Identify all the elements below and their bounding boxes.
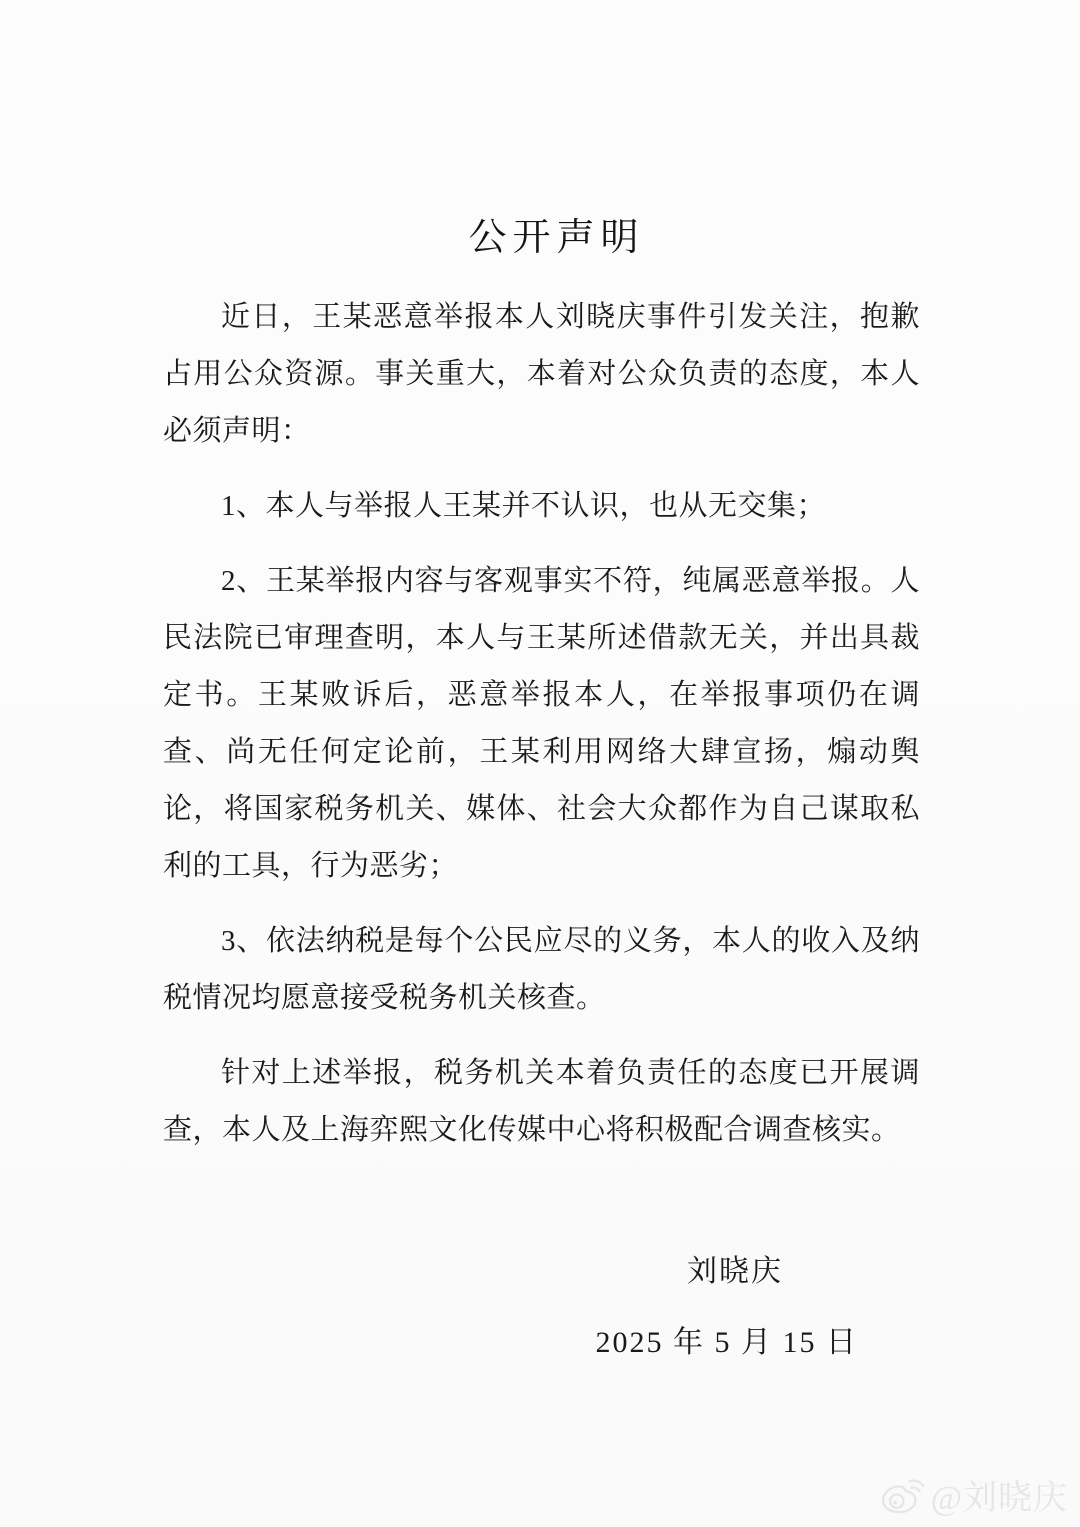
paragraph-point-2: 2、王某举报内容与客观事实不符，纯属恶意举报。人民法院已审理查明，本人与王某所述…	[163, 553, 920, 895]
signature-block: 刘晓庆 2025 年 5 月 15 日	[163, 1243, 920, 1371]
weibo-icon	[879, 1475, 925, 1515]
document-page: 公开声明 近日，王某恶意举报本人刘晓庆事件引发关注，抱歉占用公众资源。事关重大，…	[0, 0, 1080, 1527]
paragraph-point-1: 1、本人与举报人王某并不认识，也从无交集；	[163, 478, 920, 535]
signature: 刘晓庆	[163, 1243, 920, 1300]
watermark-handle: @刘晓庆	[931, 1470, 1068, 1519]
watermark: @刘晓庆	[879, 1470, 1068, 1519]
date: 2025 年 5 月 15 日	[163, 1314, 920, 1371]
paragraph-closing: 针对上述举报，税务机关本着负责任的态度已开展调查，本人及上海弈熙文化传媒中心将积…	[163, 1045, 920, 1159]
document-title: 公开声明	[163, 206, 920, 261]
paragraph-intro: 近日，王某恶意举报本人刘晓庆事件引发关注，抱歉占用公众资源。事关重大，本着对公众…	[163, 289, 920, 460]
statement-document: 公开声明 近日，王某恶意举报本人刘晓庆事件引发关注，抱歉占用公众资源。事关重大，…	[163, 0, 920, 1371]
paragraph-point-3: 3、依法纳税是每个公民应尽的义务，本人的收入及纳税情况均愿意接受税务机关核查。	[163, 913, 920, 1027]
